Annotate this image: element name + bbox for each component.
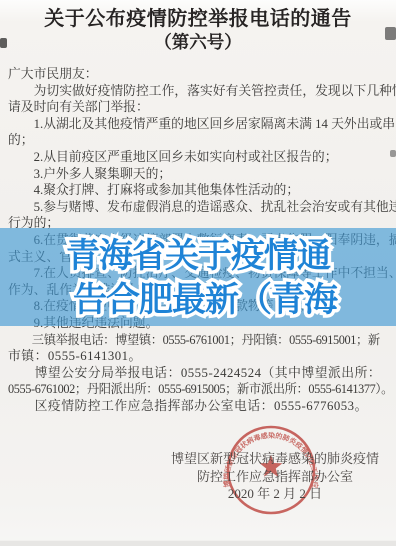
news-thumbnail-image: 关于公布疫情防控举报电话的通告 （第六号） 广大市民朋友： 为切实做好疫情防控工… — [0, 0, 396, 546]
notice-body-line: 4.聚众打牌、打麻将或参加其他集体性活动的； — [8, 182, 392, 199]
signature-org-line2: 防控工作应急指挥部办公室 — [150, 468, 396, 486]
notice-body-line: 3.户外多人聚集聊天的； — [8, 166, 392, 183]
notice-body-line: 5.参与赌博、发布虚假消息的造谣惑众、扰乱社会治安或有其他违法 — [8, 199, 392, 216]
notice-body-line: 区疫情防控工作应急指挥部办公室电话：0555-6776053。 — [8, 398, 392, 415]
headline-fill-text: 青海省关于疫情通 — [0, 234, 396, 278]
notice-body-line: 1.从湖北及其他疫情严重的地区回乡居家隔离未满 14 天外出或串门 — [8, 116, 392, 133]
photo-artifact-smudge — [385, 27, 396, 40]
notice-body-line: 博望公安分局举报电话：0555-2424524（其中博望派出所： — [8, 365, 392, 382]
notice-body-line: 广大市民朋友： — [8, 66, 392, 83]
notice-title: 关于公布疫情防控举报电话的通告 — [0, 6, 396, 32]
notice-body-line: 2.从目前疫区严重地区回乡未如实向村或社区报告的； — [8, 149, 392, 166]
headline-fill-text: 告合肥最新（青海 — [7, 278, 396, 322]
notice-body-line: 的； — [8, 132, 392, 149]
signature-date: 2020 年 2 月 2 日 — [150, 485, 396, 503]
photo-bottom-edge — [0, 540, 396, 546]
notice-body-line: 市镇：0555-6141301。 — [8, 348, 392, 365]
signature-org-line1: 博望区新型冠状病毒感染的肺炎疫情 — [150, 450, 396, 468]
photo-artifact-smudge — [0, 38, 7, 48]
notice-body-line: 为切实做好疫情防控工作，落实好有关管控责任，发现以下几种情况， — [8, 83, 392, 100]
notice-body-line: 0555-6761002；丹阳派出所：0555-6915005；新市派出所：05… — [8, 381, 392, 398]
photo-artifact-smudge — [390, 150, 396, 157]
signature-block: 博望区新型冠状病毒感染的肺炎疫情 防控工作应急指挥部办公室 2020 年 2 月… — [150, 450, 396, 503]
notice-body-line: 请及时向有关部门举报： — [8, 99, 392, 116]
notice-title-number: （第六号） — [0, 31, 396, 54]
notice-body-line: 三镇举报电话：博望镇：0555-6761001；丹阳镇：0555-6915001… — [8, 332, 392, 349]
